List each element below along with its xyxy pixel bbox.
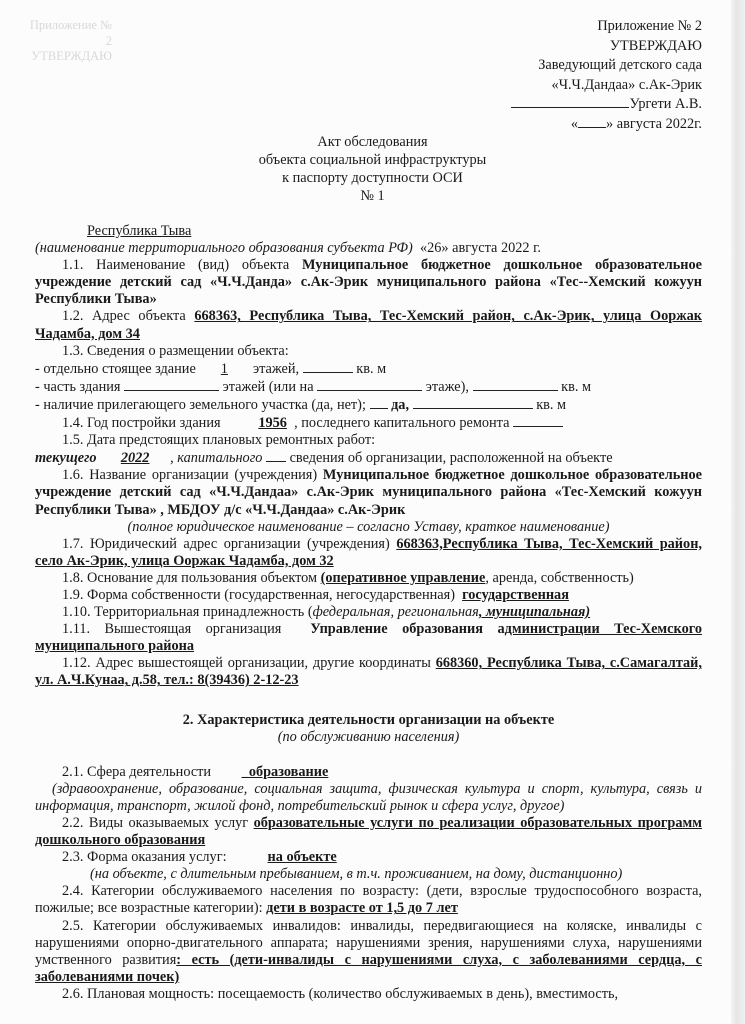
label: , капитального <box>170 450 262 466</box>
approver-name: Ургети А.В. <box>629 96 702 112</box>
item-1-3: 1.3. Сведения о размещении объекта: <box>35 343 702 360</box>
label: 1.4. Год постройки здания <box>62 415 221 431</box>
label: 1.2. Адрес объекта <box>62 308 186 324</box>
label: этажей, <box>253 361 299 377</box>
region-caption-line: (наименование территориального образован… <box>35 240 702 257</box>
approval-date: «» августа 2022г. <box>511 115 702 135</box>
section-2-title: 2. Характеристика деятельности организац… <box>35 712 702 729</box>
label: - наличие прилегающего земельного участк… <box>35 397 366 413</box>
scanned-page: Приложение № 2 УТВЕРЖДАЮ Приложение № 2 … <box>0 0 745 1024</box>
title-line: объекта социальной инфраструктуры <box>0 151 745 169</box>
approver-position: Заведующий детского сада <box>511 56 702 76</box>
label: 1.9. Форма собственности (государственна… <box>62 587 455 603</box>
title-line: к паспорту доступности ОСИ <box>0 169 745 187</box>
document-title: Акт обследования объекта социальной инфр… <box>0 133 745 205</box>
label: 1.10. Территориальная принадлежность ( <box>62 604 313 620</box>
label: этажей (или на <box>223 379 314 395</box>
value: (оперативное управление <box>321 570 486 586</box>
item-1-2: 1.2. Адрес объекта 668363, Республика Ты… <box>35 308 702 342</box>
item-1-12: 1.12. Адрес вышестоящей организации, дру… <box>35 655 702 689</box>
blank <box>370 396 388 409</box>
unit: кв. м <box>561 379 591 395</box>
ghost-line: Приложение № 2 <box>22 18 112 49</box>
options: федеральная, региональная <box>313 604 479 620</box>
label: - часть здания <box>35 379 120 395</box>
spacer <box>35 746 702 764</box>
label: 1.6. Название организации (учреждения) <box>62 467 317 483</box>
blank <box>303 360 353 373</box>
item-2-5: 2.5. Категории обслуживаемых инвалидов: … <box>35 918 702 986</box>
act-number: № 1 <box>0 187 745 205</box>
act-date: «26» августа 2022 г. <box>420 240 541 256</box>
year-built: 1956 <box>224 415 294 432</box>
item-1-6-caption: (полное юридическое наименование – согла… <box>35 519 702 536</box>
value: да, <box>391 397 409 413</box>
label: , последнего капитального ремонта <box>294 415 509 431</box>
region-line: Республика Тыва <box>35 223 702 240</box>
section-2-subtitle: (по обслуживанию населения) <box>35 729 702 746</box>
current-repair-year: 2022 <box>100 450 170 467</box>
blank <box>266 449 286 462</box>
label: 2.1. Сфера деятельности <box>62 764 211 780</box>
floors-value: 1 <box>199 361 249 378</box>
label: 1.7. Юридический адрес организации (учре… <box>62 536 390 552</box>
label: 1.3. Сведения о размещении объекта: <box>62 343 289 359</box>
region-caption: (наименование территориального образован… <box>35 240 413 256</box>
item-2-3: 2.3. Форма оказания услуг:на объекте <box>35 849 702 866</box>
item-2-6: 2.6. Плановая мощность: посещаемость (ко… <box>35 986 702 1003</box>
item-1-4: 1.4. Год постройки здания 1956, последне… <box>35 414 702 432</box>
label: 1.12. Адрес вышестоящей организации, дру… <box>62 655 431 671</box>
item-1-11: 1.11. Вышестоящая организация Управление… <box>35 621 702 655</box>
item-2-4: 2.4. Категории обслуживаемого населения … <box>35 883 702 917</box>
item-2-1-caption: (здравоохранение, образование, социальна… <box>35 781 702 815</box>
item-1-3-c: - наличие прилегающего земельного участк… <box>35 396 702 414</box>
value: образование <box>249 764 329 780</box>
label: 1.5. Дата предстоящих плановых ремонтных… <box>62 432 375 448</box>
blank <box>317 378 422 391</box>
blank <box>124 378 219 391</box>
value-line: _образование <box>215 764 665 781</box>
label: 1.1. Наименование (вид) объекта <box>62 257 289 273</box>
item-2-3-caption: (на объекте, с длительным пребыванием, в… <box>35 866 702 883</box>
appendix-label: Приложение № 2 <box>511 17 702 37</box>
label: - отдельно стоящее здание <box>35 361 196 377</box>
value: , муниципальная) <box>479 604 590 620</box>
label: , аренда, собственность) <box>485 570 633 586</box>
date-prefix: « <box>571 116 578 132</box>
item-1-3-b: - часть здания этажей (или на этаже), кв… <box>35 378 702 396</box>
value: Управление образования а <box>310 621 504 637</box>
item-1-5: 1.5. Дата предстоящих плановых ремонтных… <box>35 432 702 449</box>
item-2-1: 2.1. Сфера деятельности _образование <box>35 764 702 781</box>
blank <box>513 414 563 427</box>
blank <box>473 378 558 391</box>
document-body: Республика Тыва (наименование территориа… <box>35 223 702 1003</box>
signature-blank <box>511 95 629 108</box>
item-1-8: 1.8. Основание для пользования объектом … <box>35 570 702 587</box>
item-1-7: 1.7. Юридический адрес организации (учре… <box>35 536 702 570</box>
label: этаже), <box>426 379 469 395</box>
label: 2.3. Форма оказания услуг: <box>62 849 227 865</box>
approval-block: Приложение № 2 УТВЕРЖДАЮ Заведующий детс… <box>511 17 702 134</box>
item-1-9: 1.9. Форма собственности (государственна… <box>35 587 702 604</box>
label: 1.8. Основание для пользования объектом <box>62 570 317 586</box>
ghost-line: УТВЕРЖДАЮ <box>22 49 112 65</box>
approver-signature-line: Ургети А.В. <box>511 95 702 115</box>
approve-label: УТВЕРЖДАЮ <box>511 37 702 57</box>
date-suffix: » августа 2022г. <box>606 116 702 132</box>
label: 1.11. Вышестоящая организация <box>62 621 281 637</box>
value: на объекте <box>227 849 667 866</box>
item-1-3-a: - отдельно стоящее здание 1 этажей, кв. … <box>35 360 702 378</box>
bleed-through-text: Приложение № 2 УТВЕРЖДАЮ <box>22 18 112 65</box>
title-line: Акт обследования <box>0 133 745 151</box>
item-1-6: 1.6. Название организации (учреждения) М… <box>35 467 702 518</box>
day-blank <box>578 115 606 128</box>
label: сведения об организации, расположенной н… <box>290 450 613 466</box>
region-value: Республика Тыва <box>35 223 360 240</box>
item-1-10: 1.10. Территориальная принадлежность (фе… <box>35 604 702 621</box>
value: государственная <box>462 587 569 603</box>
item-1-1: 1.1. Наименование (вид) объекта Муниципа… <box>35 257 702 308</box>
blank <box>413 396 533 409</box>
label: 2.2. Виды оказываемых услуг <box>62 815 248 831</box>
label: текущего <box>35 450 97 466</box>
approver-org: «Ч.Ч.Дандаа» с.Ак-Эрик <box>511 76 702 96</box>
value: дети в возрасте от 1,5 до 7 лет <box>266 900 458 916</box>
unit: кв. м <box>356 361 386 377</box>
item-2-2: 2.2. Виды оказываемых услуг образователь… <box>35 815 702 849</box>
unit: кв. м <box>536 397 566 413</box>
item-1-5-values: текущего 2022, капитального сведения об … <box>35 449 702 467</box>
